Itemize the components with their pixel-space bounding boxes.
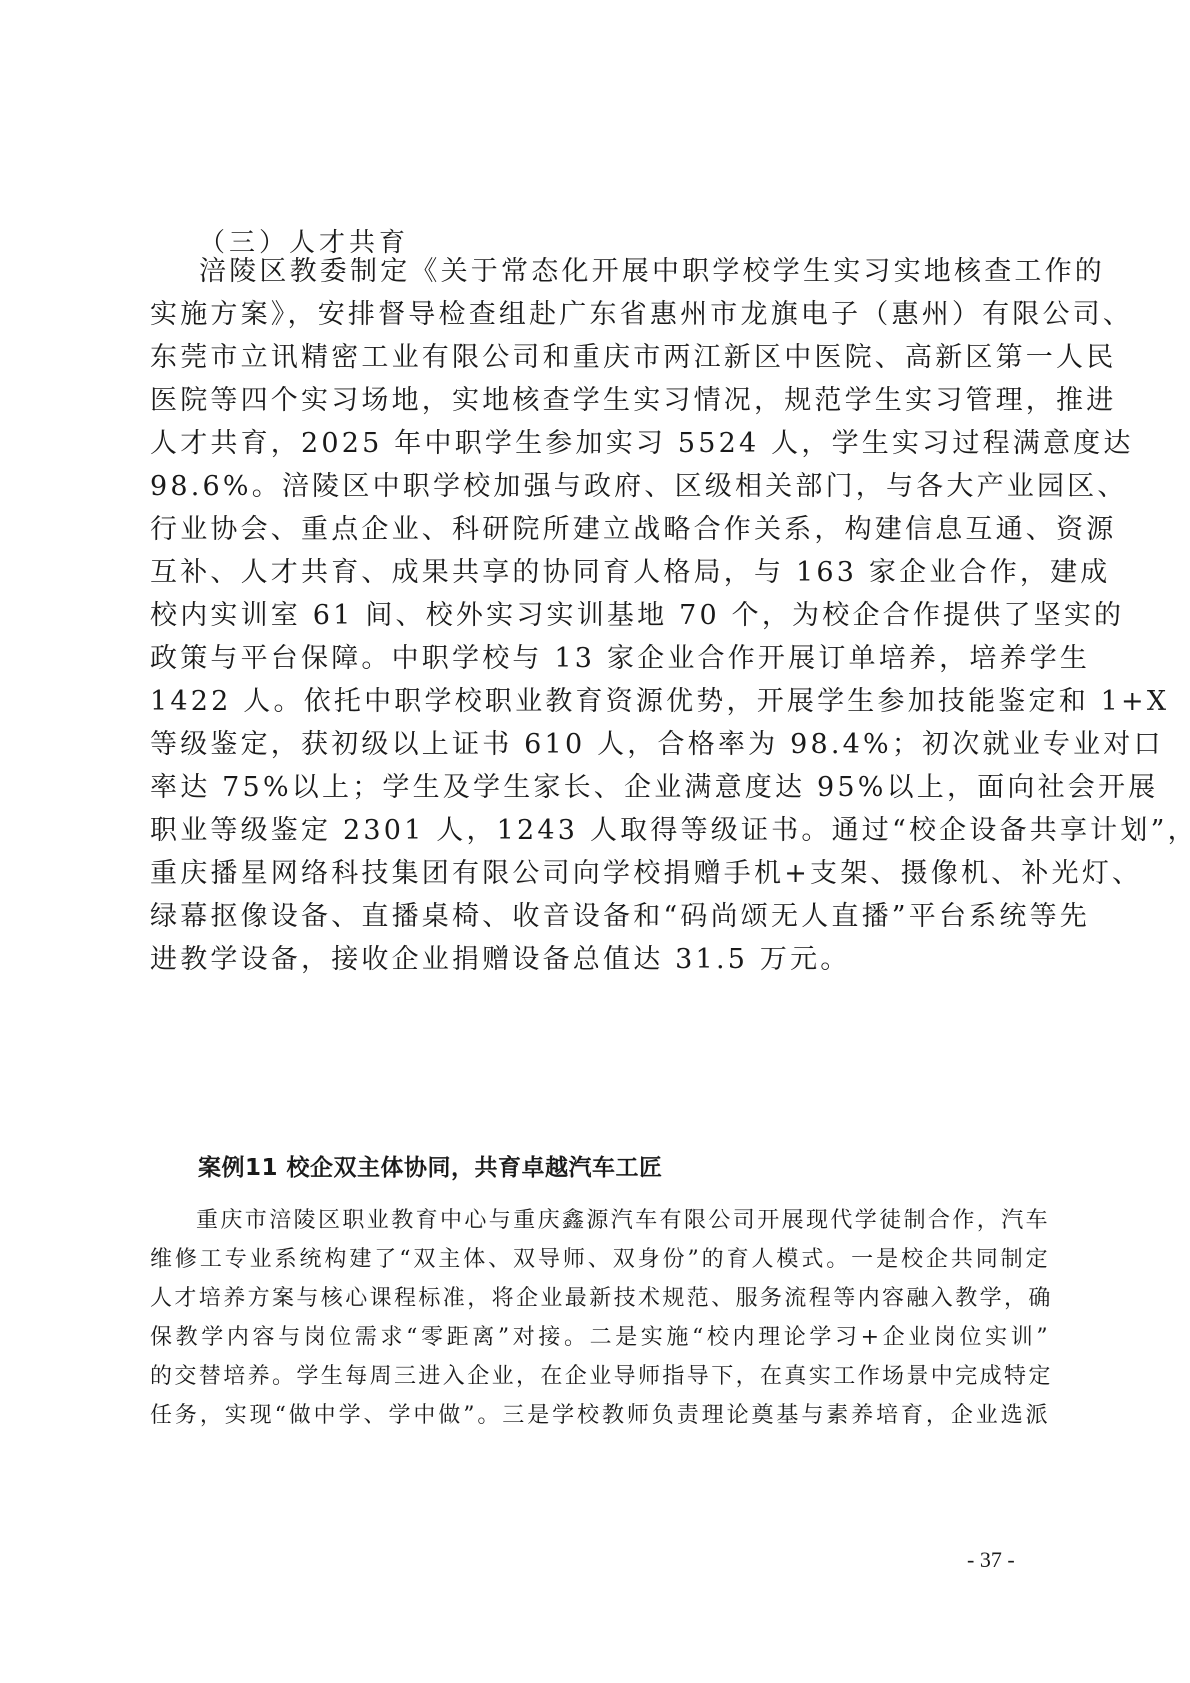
paragraph-line: 98.6%。涪陵区中职学校加强与政府、区级相关部门，与各大产业园区、 [150, 467, 1050, 507]
paragraph-line: 互补、人才共育、成果共享的协同育人格局，与 163 家企业合作，建成 [150, 553, 1050, 593]
case-paragraph-line: 的交替培养。学生每周三进入企业，在企业导师指导下，在真实工作场景中完成特定 [150, 1360, 1050, 1394]
document-page: （三）人才共育 涪陵区教委制定《关于常态化开展中职学校学生实习实地核查工作的 实… [0, 0, 1190, 1683]
paragraph-line: 绿幕抠像设备、直播桌椅、收音设备和“码尚颂无人直播”平台系统等先 [150, 897, 1050, 937]
paragraph-line: 东莞市立讯精密工业有限公司和重庆市两江新区中医院、高新区第一人民 [150, 338, 1050, 378]
paragraph-line: 率达 75%以上；学生及学生家长、企业满意度达 95%以上，面向社会开展 [150, 768, 1050, 808]
paragraph-line: 医院等四个实习场地，实地核查学生实习情况，规范学生实习管理，推进 [150, 381, 1050, 421]
case-paragraph-line: 重庆市涪陵区职业教育中心与重庆鑫源汽车有限公司开展现代学徒制合作，汽车 [196, 1204, 1050, 1238]
paragraph-line: 1422 人。依托中职学校职业教育资源优势，开展学生参加技能鉴定和 1+X [150, 682, 1050, 722]
page-number: - 37 - [967, 1547, 1015, 1573]
paragraph-line: 职业等级鉴定 2301 人，1243 人取得等级证书。通过“校企设备共享计划”， [150, 811, 1050, 851]
paragraph-line: 政策与平台保障。中职学校与 13 家企业合作开展订单培养，培养学生 [150, 639, 1050, 679]
paragraph-line: 涪陵区教委制定《关于常态化开展中职学校学生实习实地核查工作的 [199, 252, 1050, 292]
case-paragraph-line: 维修工专业系统构建了“双主体、双导师、双身份”的育人模式。一是校企共同制定 [150, 1243, 1050, 1277]
paragraph-line: 进教学设备，接收企业捐赠设备总值达 31.5 万元。 [150, 940, 1050, 980]
paragraph-line: 人才共育，2025 年中职学生参加实习 5524 人，学生实习过程满意度达 [150, 424, 1050, 464]
paragraph-line: 重庆播星网络科技集团有限公司向学校捐赠手机+支架、摄像机、补光灯、 [150, 854, 1050, 894]
case-paragraph-line: 任务，实现“做中学、学中做”。三是学校教师负责理论奠基与素养培育，企业选派 [150, 1399, 1050, 1433]
paragraph-line: 行业协会、重点企业、科研院所建立战略合作关系，构建信息互通、资源 [150, 510, 1050, 550]
paragraph-line: 校内实训室 61 间、校外实习实训基地 70 个，为校企合作提供了坚实的 [150, 596, 1050, 636]
paragraph-line: 实施方案》，安排督导检查组赴广东省惠州市龙旗电子（惠州）有限公司、 [150, 295, 1050, 335]
paragraph-line: 等级鉴定，获初级以上证书 610 人，合格率为 98.4%；初次就业专业对口 [150, 725, 1050, 765]
case-paragraph-line: 人才培养方案与核心课程标准，将企业最新技术规范、服务流程等内容融入教学，确 [150, 1282, 1050, 1316]
case-title: 案例11 校企双主体协同，共育卓越汽车工匠 [198, 1149, 663, 1182]
case-paragraph-line: 保教学内容与岗位需求“零距离”对接。二是实施“校内理论学习+企业岗位实训” [150, 1321, 1050, 1355]
